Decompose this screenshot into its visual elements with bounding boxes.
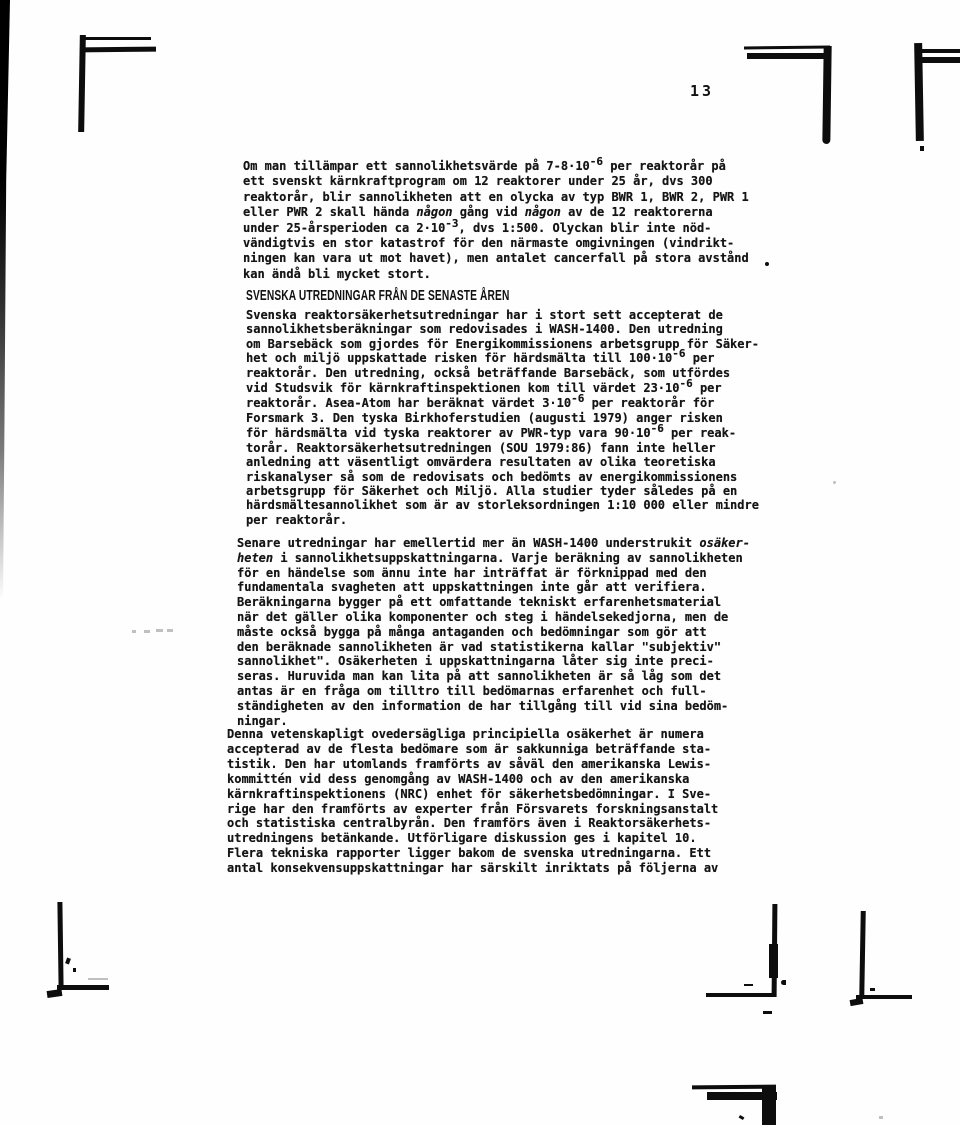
scan-speck <box>920 146 924 151</box>
scan-speck <box>132 630 136 633</box>
scan-speck <box>65 957 71 964</box>
crop-mark-stroke <box>57 902 63 988</box>
crop-mark-stroke <box>769 944 778 978</box>
crop-mark-stroke <box>762 1086 776 1125</box>
scan-speck <box>88 978 108 980</box>
crop-mark-stroke <box>57 985 109 990</box>
crop-mark-stroke <box>47 989 63 998</box>
paragraph-scientific-consensus: Denna vetenskapligt ovedersägliga princi… <box>227 727 718 876</box>
scan-speck <box>744 984 753 986</box>
paragraph-uncertainty: Senare utredningar har emellertid mer än… <box>237 536 750 728</box>
scan-speck <box>781 980 786 985</box>
crop-mark-stroke <box>706 993 776 997</box>
crop-mark-stroke <box>921 57 960 63</box>
scan-speck <box>763 1011 772 1014</box>
scan-speck <box>167 629 173 632</box>
scan-speck <box>156 629 163 632</box>
paragraph-swedish-studies: Svenska reaktorsäkerhetsutredningar har … <box>246 308 759 527</box>
scan-speck <box>144 630 150 633</box>
crop-mark-stroke <box>919 49 960 53</box>
scan-edge-bar <box>0 0 10 600</box>
section-heading: SVENSKA UTREDNINGAR FRÅN DE SENASTE ÅREN <box>246 287 509 304</box>
crop-mark-stroke <box>850 998 864 1006</box>
scanned-document-page: 13 Om man tillämpar ett sannolikhetsvärd… <box>0 0 960 1125</box>
crop-mark-stroke <box>856 995 912 999</box>
scan-speck <box>833 481 836 484</box>
scan-speck <box>765 262 769 266</box>
page-number: 13 <box>690 82 714 100</box>
crop-mark-stroke <box>81 37 151 40</box>
scan-speck <box>879 1116 883 1119</box>
scan-speck <box>870 988 875 991</box>
crop-mark-stroke <box>81 47 156 53</box>
scan-speck <box>73 968 76 972</box>
scan-speck <box>739 1115 745 1120</box>
crop-mark-stroke <box>822 46 831 144</box>
crop-mark-stroke <box>747 53 830 59</box>
crop-mark-stroke <box>859 911 866 998</box>
paragraph-probability-intro: Om man tillämpar ett sannolikhetsvärde p… <box>243 159 749 282</box>
crop-mark-stroke <box>744 46 830 50</box>
